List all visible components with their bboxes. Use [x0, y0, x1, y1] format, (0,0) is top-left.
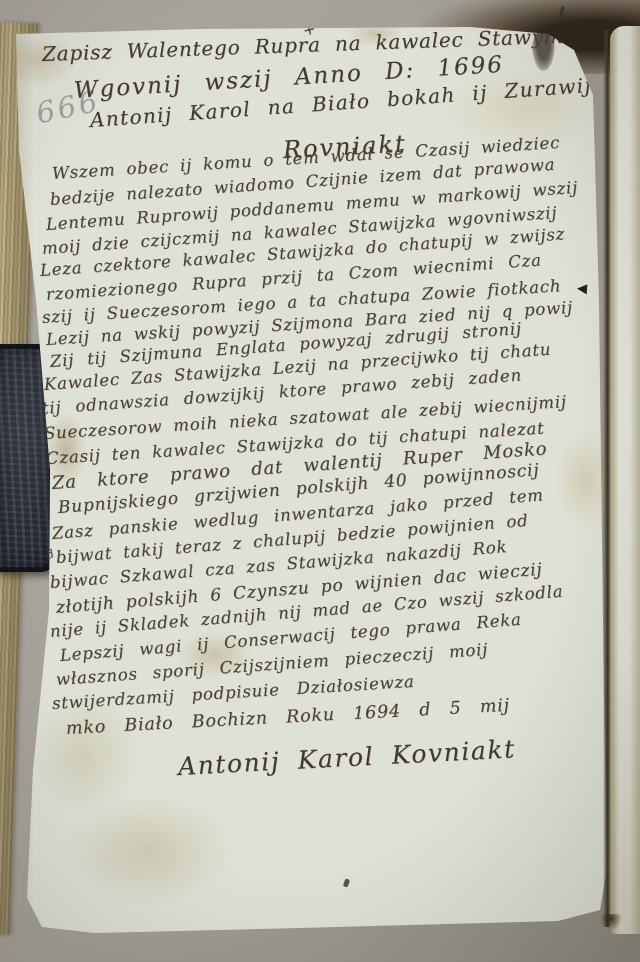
pointer-mark-icon [577, 284, 588, 295]
manuscript-page: 666 + Zapisz Walentego Rupra na kawalec … [0, 0, 640, 962]
gutter-line [603, 30, 611, 927]
manuscript-photo: 666 + Zapisz Walentego Rupra na kawalec … [0, 0, 640, 962]
gutter-foot-shadow [600, 914, 622, 930]
ink-speck [343, 878, 350, 887]
signature: Antonij Karol Kovniakt [177, 734, 516, 781]
facing-page-edge [610, 26, 640, 934]
